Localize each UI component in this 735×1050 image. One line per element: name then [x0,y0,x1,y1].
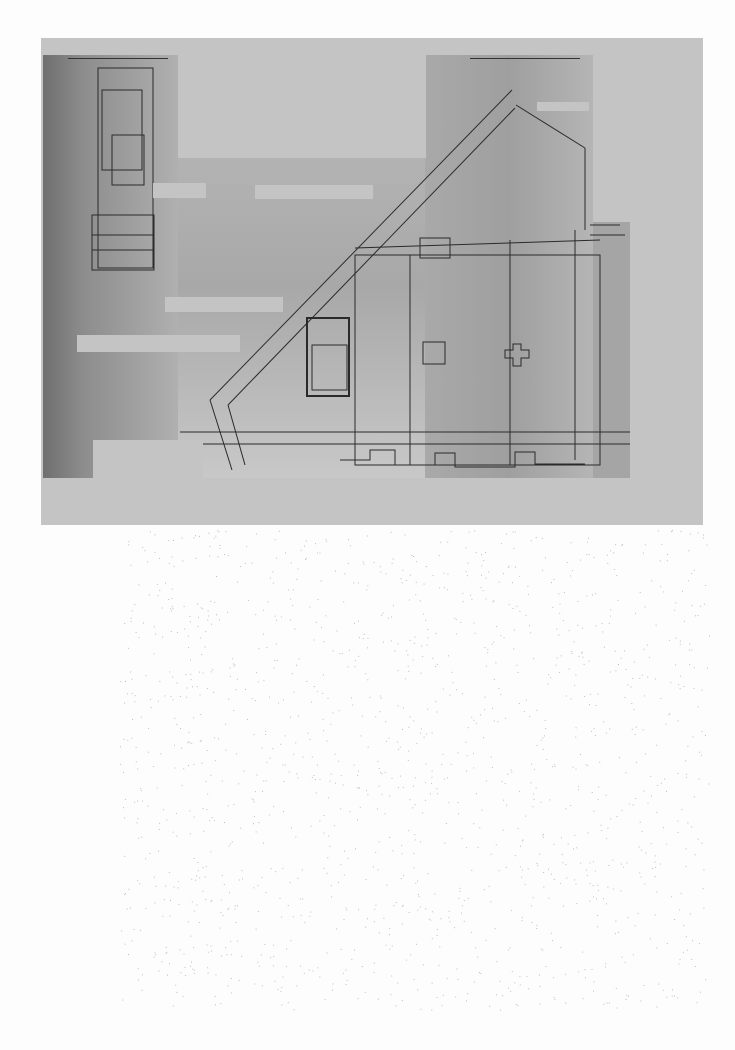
scan-noise [0,0,735,1050]
document-page [0,0,735,1050]
